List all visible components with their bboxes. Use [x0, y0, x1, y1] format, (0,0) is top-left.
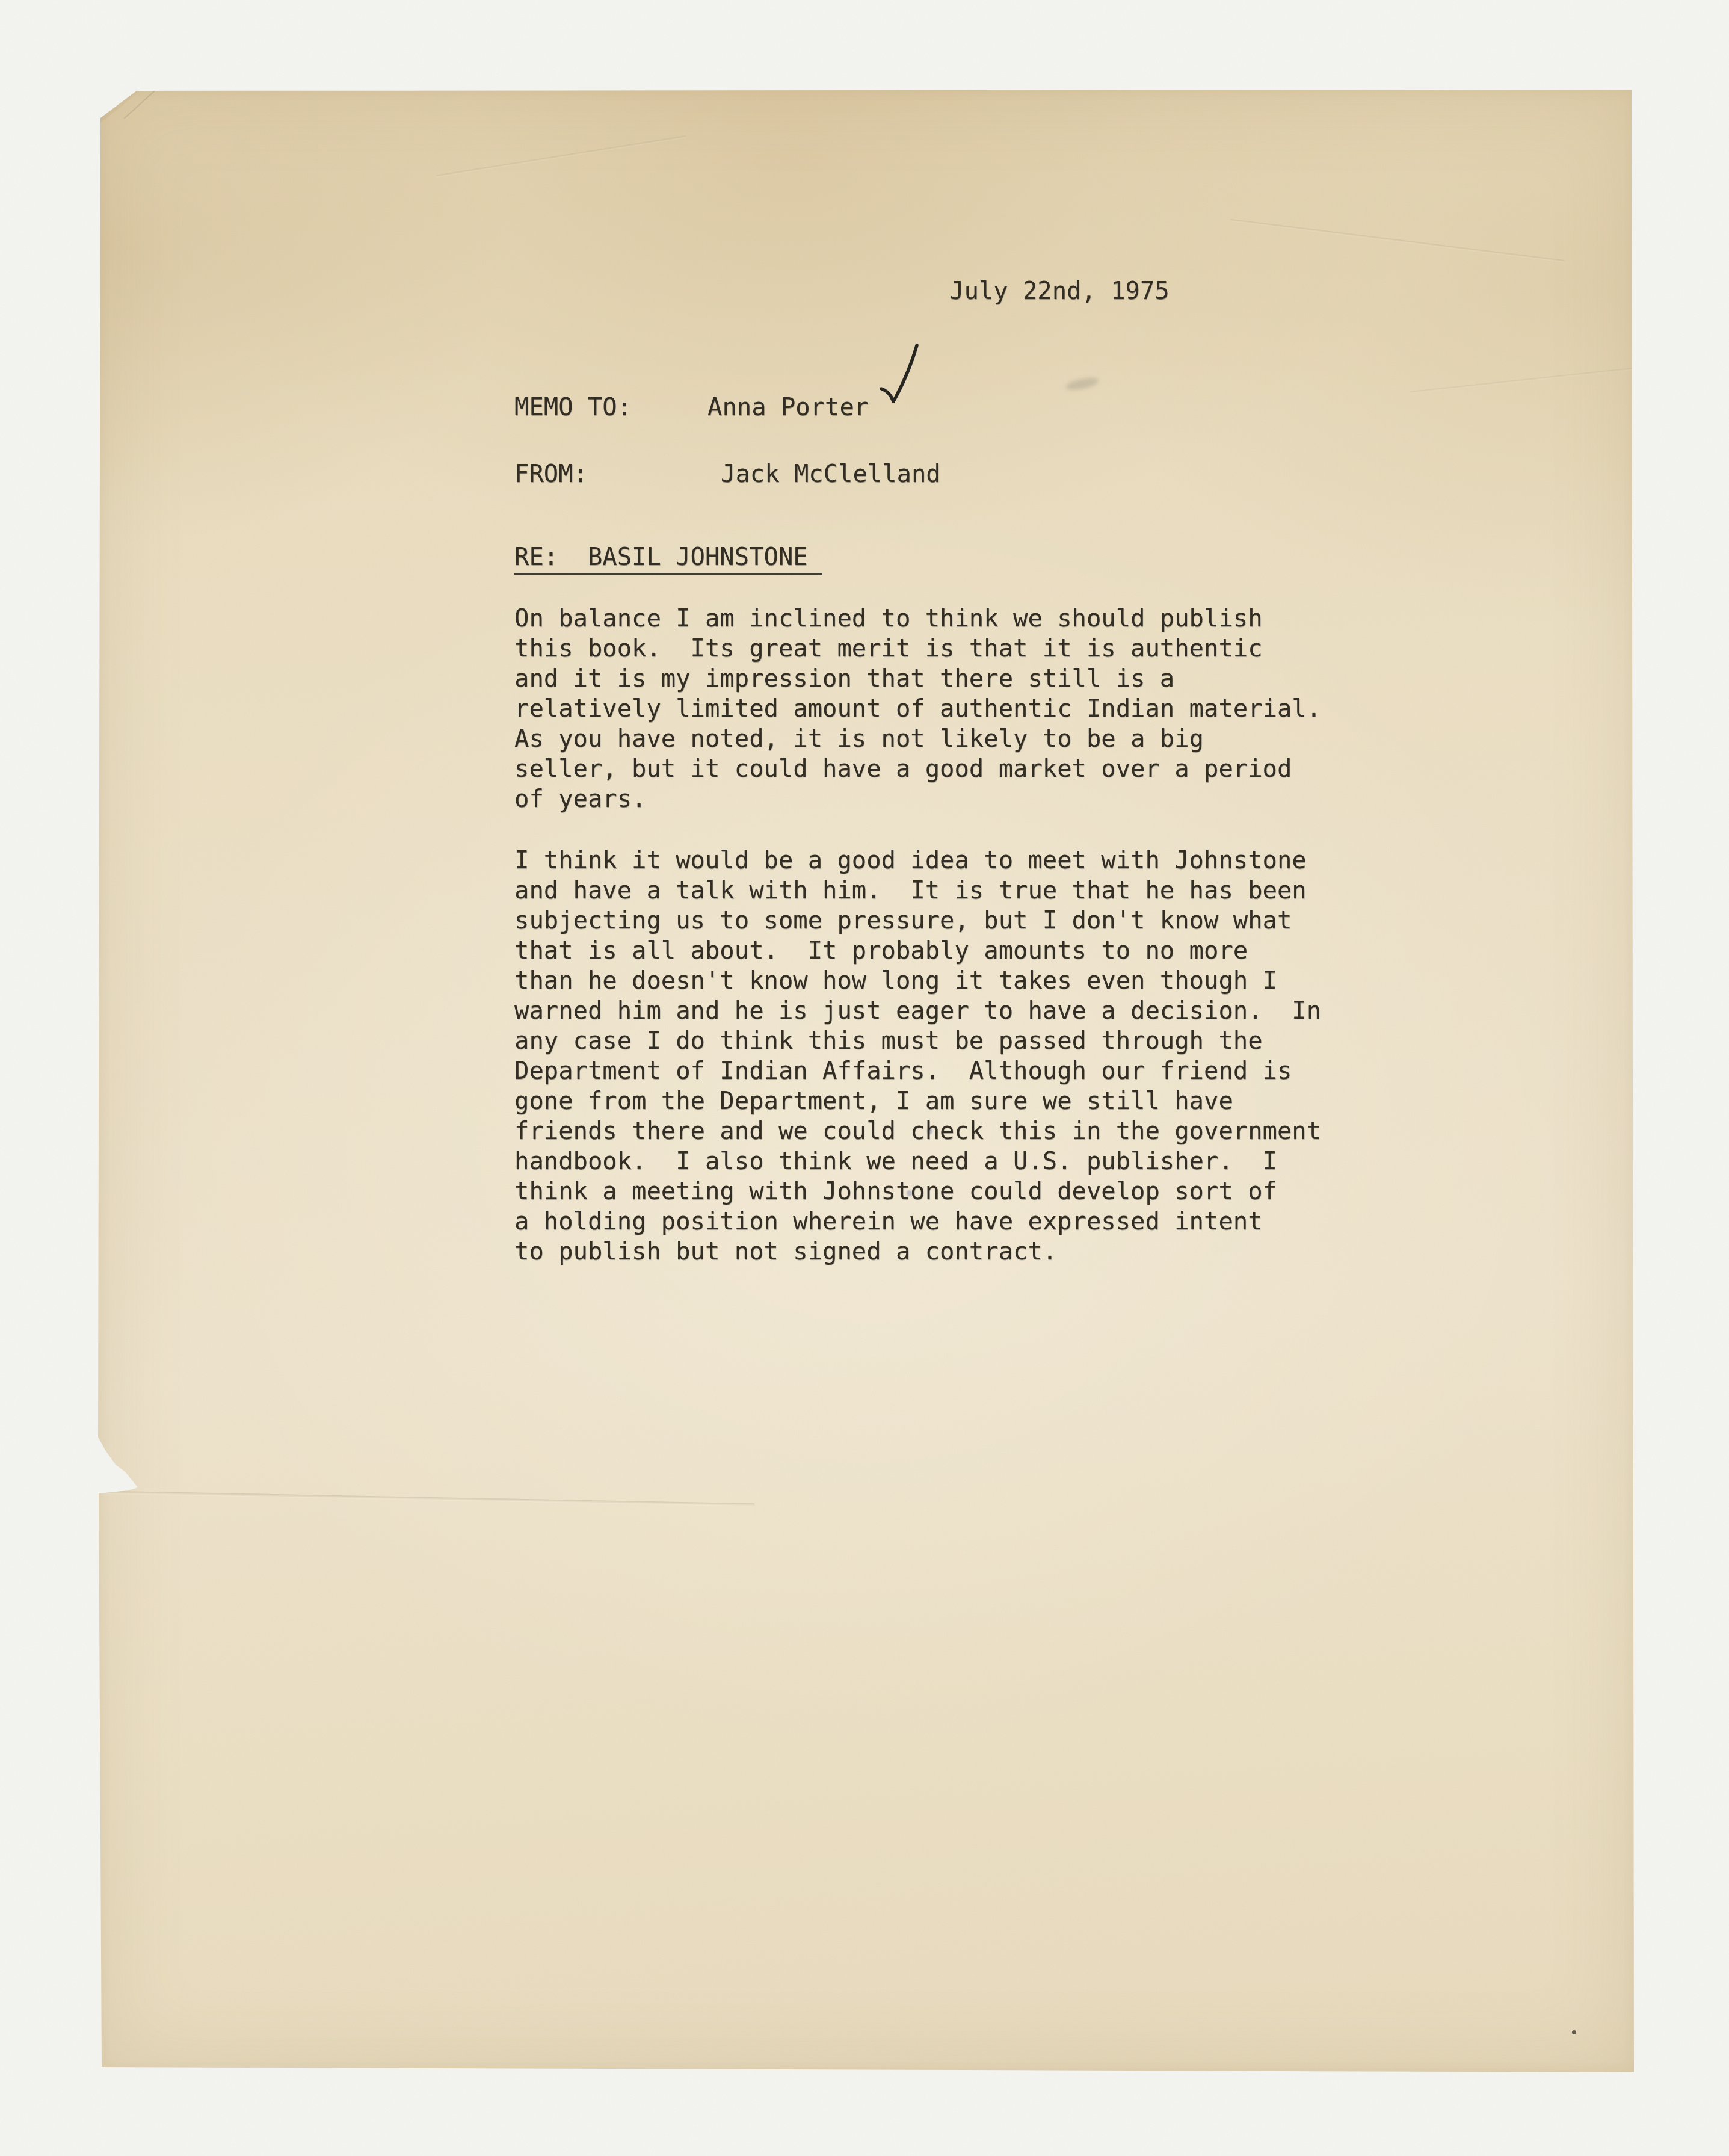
- date-line: July 22nd, 1975: [949, 276, 1170, 306]
- memo-to-value: Anna Porter: [707, 392, 869, 422]
- dark-fleck: [1572, 2030, 1576, 2034]
- crease-top-left: [123, 70, 179, 120]
- memo-to-label: MEMO TO:: [514, 392, 632, 422]
- body-paragraph-2: I think it would be a good idea to meet …: [514, 845, 1321, 1266]
- subject-line: RE: BASIL JOHNSTONE: [514, 542, 822, 575]
- corner-fold-shadow: [99, 90, 141, 124]
- crease-right-side: [1410, 365, 1662, 394]
- crease-top-center: [436, 135, 686, 178]
- from-label: FROM:: [514, 459, 588, 489]
- body-paragraph-1: On balance I am inclined to think we sho…: [514, 603, 1321, 814]
- crease-left-tear: [105, 1491, 755, 1507]
- paper-sheet: July 22nd, 1975 MEMO TO: Anna Porter FRO…: [98, 89, 1636, 2074]
- from-value: Jack McClelland: [721, 459, 941, 489]
- crease-top-right: [1230, 219, 1565, 262]
- smudge-mark: [1065, 375, 1100, 392]
- scanned-memo-page: July 22nd, 1975 MEMO TO: Anna Porter FRO…: [0, 0, 1729, 2156]
- checkmark-annotation-icon: [877, 342, 924, 407]
